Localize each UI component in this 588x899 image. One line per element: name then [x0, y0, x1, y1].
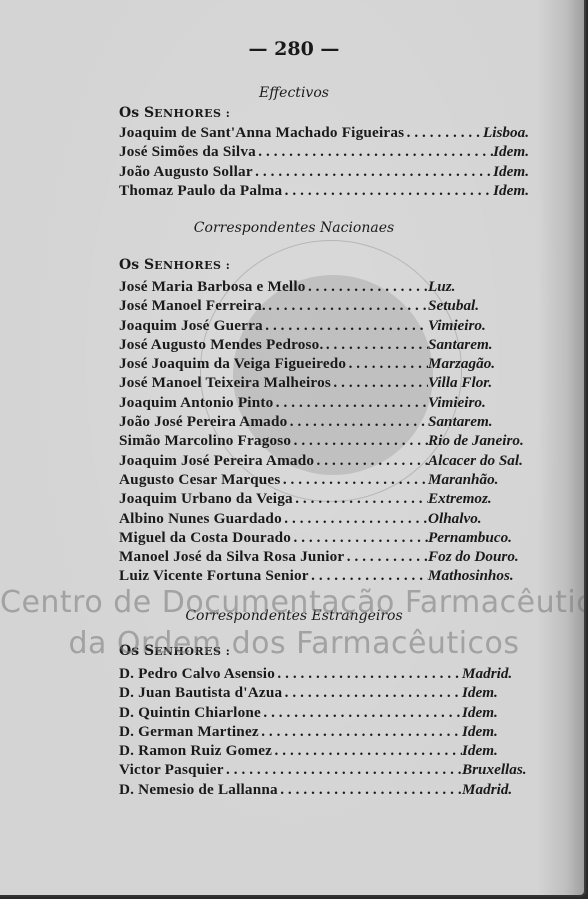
list-item: José Maria Barbosa e Mello..............…: [119, 277, 541, 296]
member-place: Olhalvo.: [428, 509, 541, 528]
member-place: Extremoz.: [428, 489, 541, 508]
member-place: Vimieiro.: [428, 393, 541, 412]
member-place: Madrid.: [462, 664, 534, 683]
list-item: Miguel da Costa Dourado.................…: [119, 528, 541, 547]
salutation: Os SENHORES :: [119, 257, 230, 273]
member-place: Foz do Douro.: [428, 547, 541, 566]
leader-dots: ........................................…: [272, 742, 462, 761]
member-name: D. Nemesio de Lallanna: [119, 780, 278, 799]
member-name: Joaquim de Sant'Anna Machado Figueiras: [119, 123, 404, 142]
member-place: Maranhão.: [428, 470, 541, 489]
section-title-effectivos: Effectivos: [0, 85, 586, 101]
member-name: José Augusto Mendes Pedroso.: [119, 335, 323, 354]
leader-dots: ........................................…: [278, 781, 462, 800]
leader-dots: ........................................…: [309, 567, 428, 586]
leader-dots: ........................................…: [259, 723, 462, 742]
leader-dots: ........................................…: [266, 297, 428, 316]
member-name: José Joaquim da Veiga Figueiredo: [119, 354, 346, 373]
member-name: Manoel José da Silva Rosa Junior: [119, 547, 344, 566]
leader-dots: ........................................…: [404, 124, 483, 143]
member-place: Santarem.: [428, 335, 541, 354]
member-place: Alcacer do Sal.: [428, 451, 541, 470]
list-item: José Joaquim da Veiga Figueiredo........…: [119, 354, 541, 373]
member-place: Madrid.: [462, 780, 534, 799]
leader-dots: ........................................…: [346, 355, 428, 374]
leader-dots: ........................................…: [261, 704, 462, 723]
leader-dots: ........................................…: [256, 143, 493, 162]
member-name: D. Juan Bautista d'Azua: [119, 683, 282, 702]
member-place: Santarem.: [428, 412, 541, 431]
leader-dots: ........................................…: [291, 432, 428, 451]
member-place: Villa Flor.: [428, 373, 541, 392]
member-place: Bruxellas.: [462, 760, 534, 779]
list-item: José Manoel Ferreira....................…: [119, 296, 541, 315]
list-item: Joaquim de Sant'Anna Machado Figueiras..…: [119, 123, 529, 142]
list-item: D. Juan Bautista d'Azua.................…: [119, 683, 534, 702]
member-name: Miguel da Costa Dourado: [119, 528, 291, 547]
list-nacionaes: José Maria Barbosa e Mello..............…: [119, 277, 541, 586]
leader-dots: ........................................…: [253, 163, 493, 182]
salutation-rest: ENHORES :: [154, 645, 230, 658]
leader-dots: ........................................…: [287, 413, 428, 432]
leader-dots: ........................................…: [323, 336, 428, 355]
member-name: João Augusto Sollar: [119, 162, 253, 181]
member-name: D. Pedro Calvo Asensio: [119, 664, 275, 683]
member-name: Luiz Vicente Fortuna Senior: [119, 566, 309, 585]
list-item: José Augusto Mendes Pedroso.............…: [119, 335, 541, 354]
section-title-nacionaes: Correspondentes Nacionaes: [0, 220, 586, 236]
salutation-first: Os S: [119, 257, 154, 273]
list-item: Victor Pasquier.........................…: [119, 760, 534, 779]
member-place: Mathosinhos.: [428, 566, 541, 585]
list-estrangeiros: D. Pedro Calvo Asensio..................…: [119, 664, 534, 799]
member-name: Simão Marcolino Fragoso: [119, 431, 291, 450]
member-name: José Maria Barbosa e Mello: [119, 277, 306, 296]
member-name: Joaquim José Pereira Amado: [119, 451, 314, 470]
watermark-line-2: da Ordem dos Farmacêuticos: [0, 626, 586, 661]
member-place: Idem.: [493, 162, 529, 181]
member-place: Rio de Janeiro.: [428, 431, 541, 450]
member-name: Joaquim Urbano da Veiga: [119, 489, 293, 508]
scanned-page: — 280 — Effectivos Os SENHORES : Joaquim…: [0, 0, 586, 897]
salutation-first: Os S: [119, 105, 154, 121]
salutation-rest: ENHORES :: [154, 107, 230, 120]
member-name: D. Quintin Chiarlone: [119, 703, 261, 722]
member-place: Idem.: [462, 722, 534, 741]
list-item: Joaquim Antonio Pinto...................…: [119, 393, 541, 412]
list-item: José Manoel Teixeira Malheiros..........…: [119, 373, 541, 392]
list-item: D. Nemesio de Lallanna..................…: [119, 780, 534, 799]
member-name: José Manoel Teixeira Malheiros: [119, 373, 331, 392]
member-place: Lisboa.: [483, 123, 529, 142]
leader-dots: ........................................…: [282, 684, 462, 703]
member-name: José Manoel Ferreira.: [119, 296, 266, 315]
member-name: Thomaz Paulo da Palma: [119, 181, 282, 200]
list-item: D. Ramon Ruiz Gomez.....................…: [119, 741, 534, 760]
list-item: D. Quintin Chiarlone....................…: [119, 703, 534, 722]
member-name: D. German Martinez: [119, 722, 259, 741]
salutation: Os SENHORES :: [119, 643, 230, 659]
list-item: Thomaz Paulo da Palma...................…: [119, 181, 529, 200]
member-place: Idem.: [462, 703, 534, 722]
member-place: Marzagão.: [428, 354, 541, 373]
member-place: Idem.: [493, 181, 529, 200]
list-item: D. Pedro Calvo Asensio..................…: [119, 664, 534, 683]
leader-dots: ........................................…: [331, 374, 428, 393]
list-item: José Simões da Silva....................…: [119, 142, 529, 161]
page-number: — 280 —: [0, 38, 586, 60]
list-item: Joaquim José Pereira Amado..............…: [119, 451, 541, 470]
leader-dots: ........................................…: [273, 394, 428, 413]
member-name: Albino Nunes Guardado: [119, 509, 282, 528]
leader-dots: ........................................…: [275, 665, 462, 684]
list-item: D. German Martinez......................…: [119, 722, 534, 741]
leader-dots: ........................................…: [282, 182, 493, 201]
member-place: Vimieiro.: [428, 316, 541, 335]
member-place: Pernambuco.: [428, 528, 541, 547]
leader-dots: ........................................…: [291, 529, 428, 548]
list-item: João Augusto Sollar.....................…: [119, 162, 529, 181]
leader-dots: ........................................…: [344, 548, 428, 567]
salutation: Os SENHORES :: [119, 105, 230, 121]
member-name: José Simões da Silva: [119, 142, 256, 161]
list-item: Simão Marcolino Fragoso.................…: [119, 431, 541, 450]
list-item: Manoel José da Silva Rosa Junior........…: [119, 547, 541, 566]
leader-dots: ........................................…: [224, 761, 462, 780]
member-name: Joaquim José Guerra: [119, 316, 263, 335]
leader-dots: ........................................…: [282, 510, 428, 529]
list-item: Augusto Cesar Marques...................…: [119, 470, 541, 489]
member-name: Augusto Cesar Marques: [119, 470, 280, 489]
list-effectivos: Joaquim de Sant'Anna Machado Figueiras..…: [119, 123, 529, 200]
member-place: Setubal.: [428, 296, 541, 315]
list-item: Joaquim Urbano da Veiga.................…: [119, 489, 541, 508]
leader-dots: ........................................…: [306, 278, 428, 297]
section-title-estrangeiros: Correspondentes Estrangeiros: [0, 608, 586, 624]
member-place: Idem.: [462, 683, 534, 702]
leader-dots: ........................................…: [293, 490, 428, 509]
member-name: Joaquim Antonio Pinto: [119, 393, 273, 412]
member-name: Victor Pasquier: [119, 760, 224, 779]
member-name: João José Pereira Amado: [119, 412, 287, 431]
list-item: Luiz Vicente Fortuna Senior.............…: [119, 566, 541, 585]
list-item: João José Pereira Amado.................…: [119, 412, 541, 431]
member-name: D. Ramon Ruiz Gomez: [119, 741, 272, 760]
leader-dots: ........................................…: [263, 317, 428, 336]
list-item: Joaquim José Guerra.....................…: [119, 316, 541, 335]
member-place: Luz.: [428, 277, 541, 296]
salutation-first: Os S: [119, 643, 154, 659]
leader-dots: ........................................…: [280, 471, 428, 490]
list-item: Albino Nunes Guardado...................…: [119, 509, 541, 528]
salutation-rest: ENHORES :: [154, 259, 230, 272]
member-place: Idem.: [462, 741, 534, 760]
member-place: Idem.: [493, 142, 529, 161]
leader-dots: ........................................…: [314, 452, 428, 471]
